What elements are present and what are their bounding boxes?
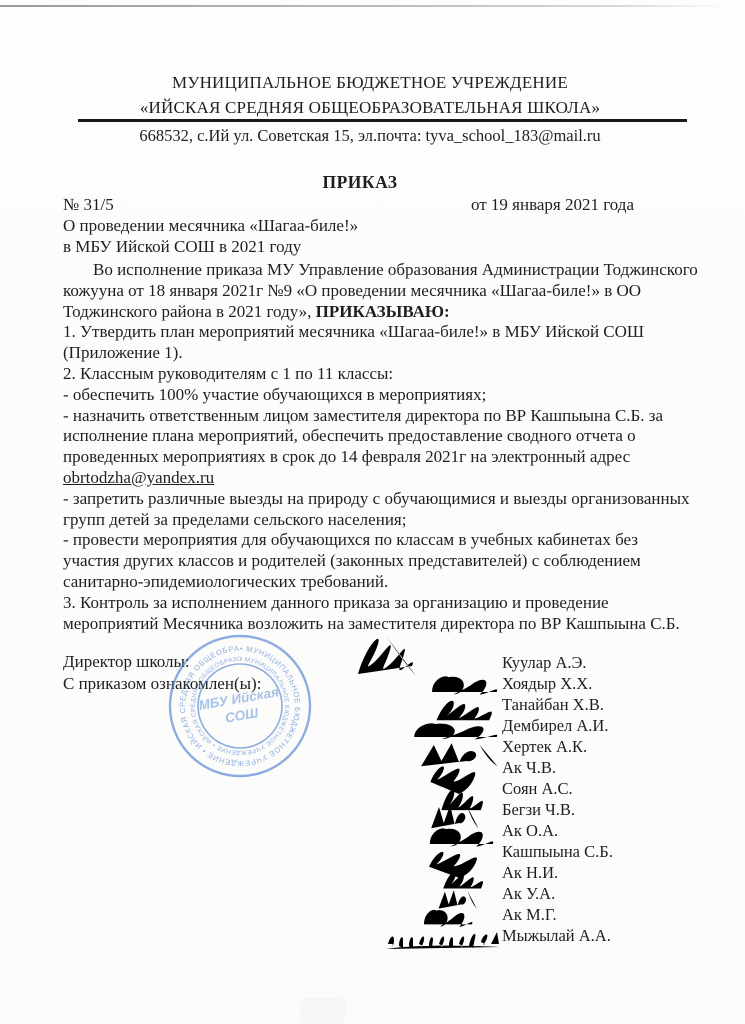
- body-line-text: Тоджинского района в 2021 году»,: [63, 302, 316, 321]
- signee-name: Хертек А.К.: [502, 737, 587, 758]
- body-line: кожууна от 18 января 2021г №9 «О проведе…: [63, 281, 703, 302]
- order-date: от 19 января 2021 года: [471, 194, 634, 215]
- body-line: 1. Утвердить план мероприятий месячника …: [63, 322, 703, 343]
- body-line: - провести мероприятия для обучающихся п…: [63, 530, 703, 551]
- body-line: 3. Контроль за исполнением данного прика…: [63, 593, 703, 614]
- stamp-center-line2: СОШ: [224, 705, 260, 726]
- order-meta-row: № 31/5 от 19 января 2021 года: [63, 194, 634, 215]
- email-address-text: obrtodzha@yandex.ru: [63, 468, 703, 489]
- signee-name: Танайбан Х.В.: [502, 695, 604, 716]
- order-subject-line1: О проведении месячника «Шагаа-биле!»: [63, 215, 663, 236]
- signee-name: Кашпыына С.Б.: [502, 842, 613, 863]
- header-divider-rule: [78, 119, 687, 122]
- organization-name-line2: «ИЙСКАЯ СРЕДНЯЯ ОБЩЕОБРАЗОВАТЕЛЬНАЯ ШКОЛ…: [40, 95, 700, 120]
- signee-name: Ак Н.И.: [502, 863, 558, 884]
- signee-name: Ак У.А.: [502, 884, 555, 905]
- order-body: Во исполнение приказа МУ Управление обра…: [63, 260, 703, 634]
- signee-name: Ак О.А.: [502, 821, 558, 842]
- scanned-order-document: МУНИЦИПАЛЬНОЕ БЮДЖЕТНОЕ УЧРЕЖДЕНИЕ «ИЙСК…: [0, 0, 745, 1024]
- signee-name: Ак М.Г.: [502, 905, 557, 926]
- order-subject-line2: в МБУ Ийской СОШ в 2021 году: [63, 236, 663, 257]
- signee-name: Куулар А.Э.: [502, 653, 587, 674]
- signature-ink-director: [346, 628, 426, 680]
- body-line: участия других классов и родителей (зако…: [63, 551, 703, 572]
- body-line: групп детей за пределами сельского насел…: [63, 510, 703, 531]
- school-round-stamp: • МУНИЦИПАЛЬНОЕ БЮДЖЕТНОЕ УЧРЕЖДЕНИЕ • И…: [164, 630, 316, 782]
- organization-name-line1: МУНИЦИПАЛЬНОЕ БЮДЖЕТНОЕ УЧРЕЖДЕНИЕ: [40, 70, 700, 95]
- body-line: исполнение плана мероприятий, обеспечить…: [63, 426, 703, 447]
- body-line: Тоджинского района в 2021 году», ПРИКАЗЫ…: [63, 302, 703, 323]
- body-line: санитарно-эпидемиологических требований.: [63, 572, 703, 593]
- signee-name: Дембирел А.И.: [502, 716, 608, 737]
- signee-name: Мыжылай А.А.: [502, 926, 611, 947]
- body-line: - запретить различные выезды на природу …: [63, 489, 703, 510]
- signee-name: Хоядыр Х.Х.: [502, 674, 592, 695]
- order-number: № 31/5: [63, 194, 114, 215]
- body-line: проведенных мероприятиях в срок до 14 фе…: [63, 447, 703, 468]
- document-header: МУНИЦИПАЛЬНОЕ БЮДЖЕТНОЕ УЧРЕЖДЕНИЕ «ИЙСК…: [40, 70, 700, 120]
- organization-address: 668532, с.Ий ул. Советская 15, эл.почта:…: [40, 125, 700, 147]
- body-line: - обеспечить 100% участие обучающихся в …: [63, 385, 703, 406]
- signee-name: Ак Ч.В.: [502, 758, 556, 779]
- body-line: - назначить ответственным лицом заместит…: [63, 406, 703, 427]
- prikazyvayu-keyword: ПРИКАЗЫВАЮ:: [316, 302, 450, 321]
- body-line: (Приложение 1).: [63, 343, 703, 364]
- scan-artifact-smudge: [300, 998, 346, 1024]
- order-title: ПРИКАЗ: [40, 172, 680, 193]
- signature-ink: [384, 924, 504, 952]
- body-line: Во исполнение приказа МУ Управление обра…: [63, 260, 703, 281]
- body-line: 2. Классным руководителям с 1 по 11 клас…: [63, 364, 703, 385]
- signee-name: Бегзи Ч.В.: [502, 800, 575, 821]
- scan-artifact-top-line: [0, 5, 728, 7]
- signee-name: Соян А.С.: [502, 779, 573, 800]
